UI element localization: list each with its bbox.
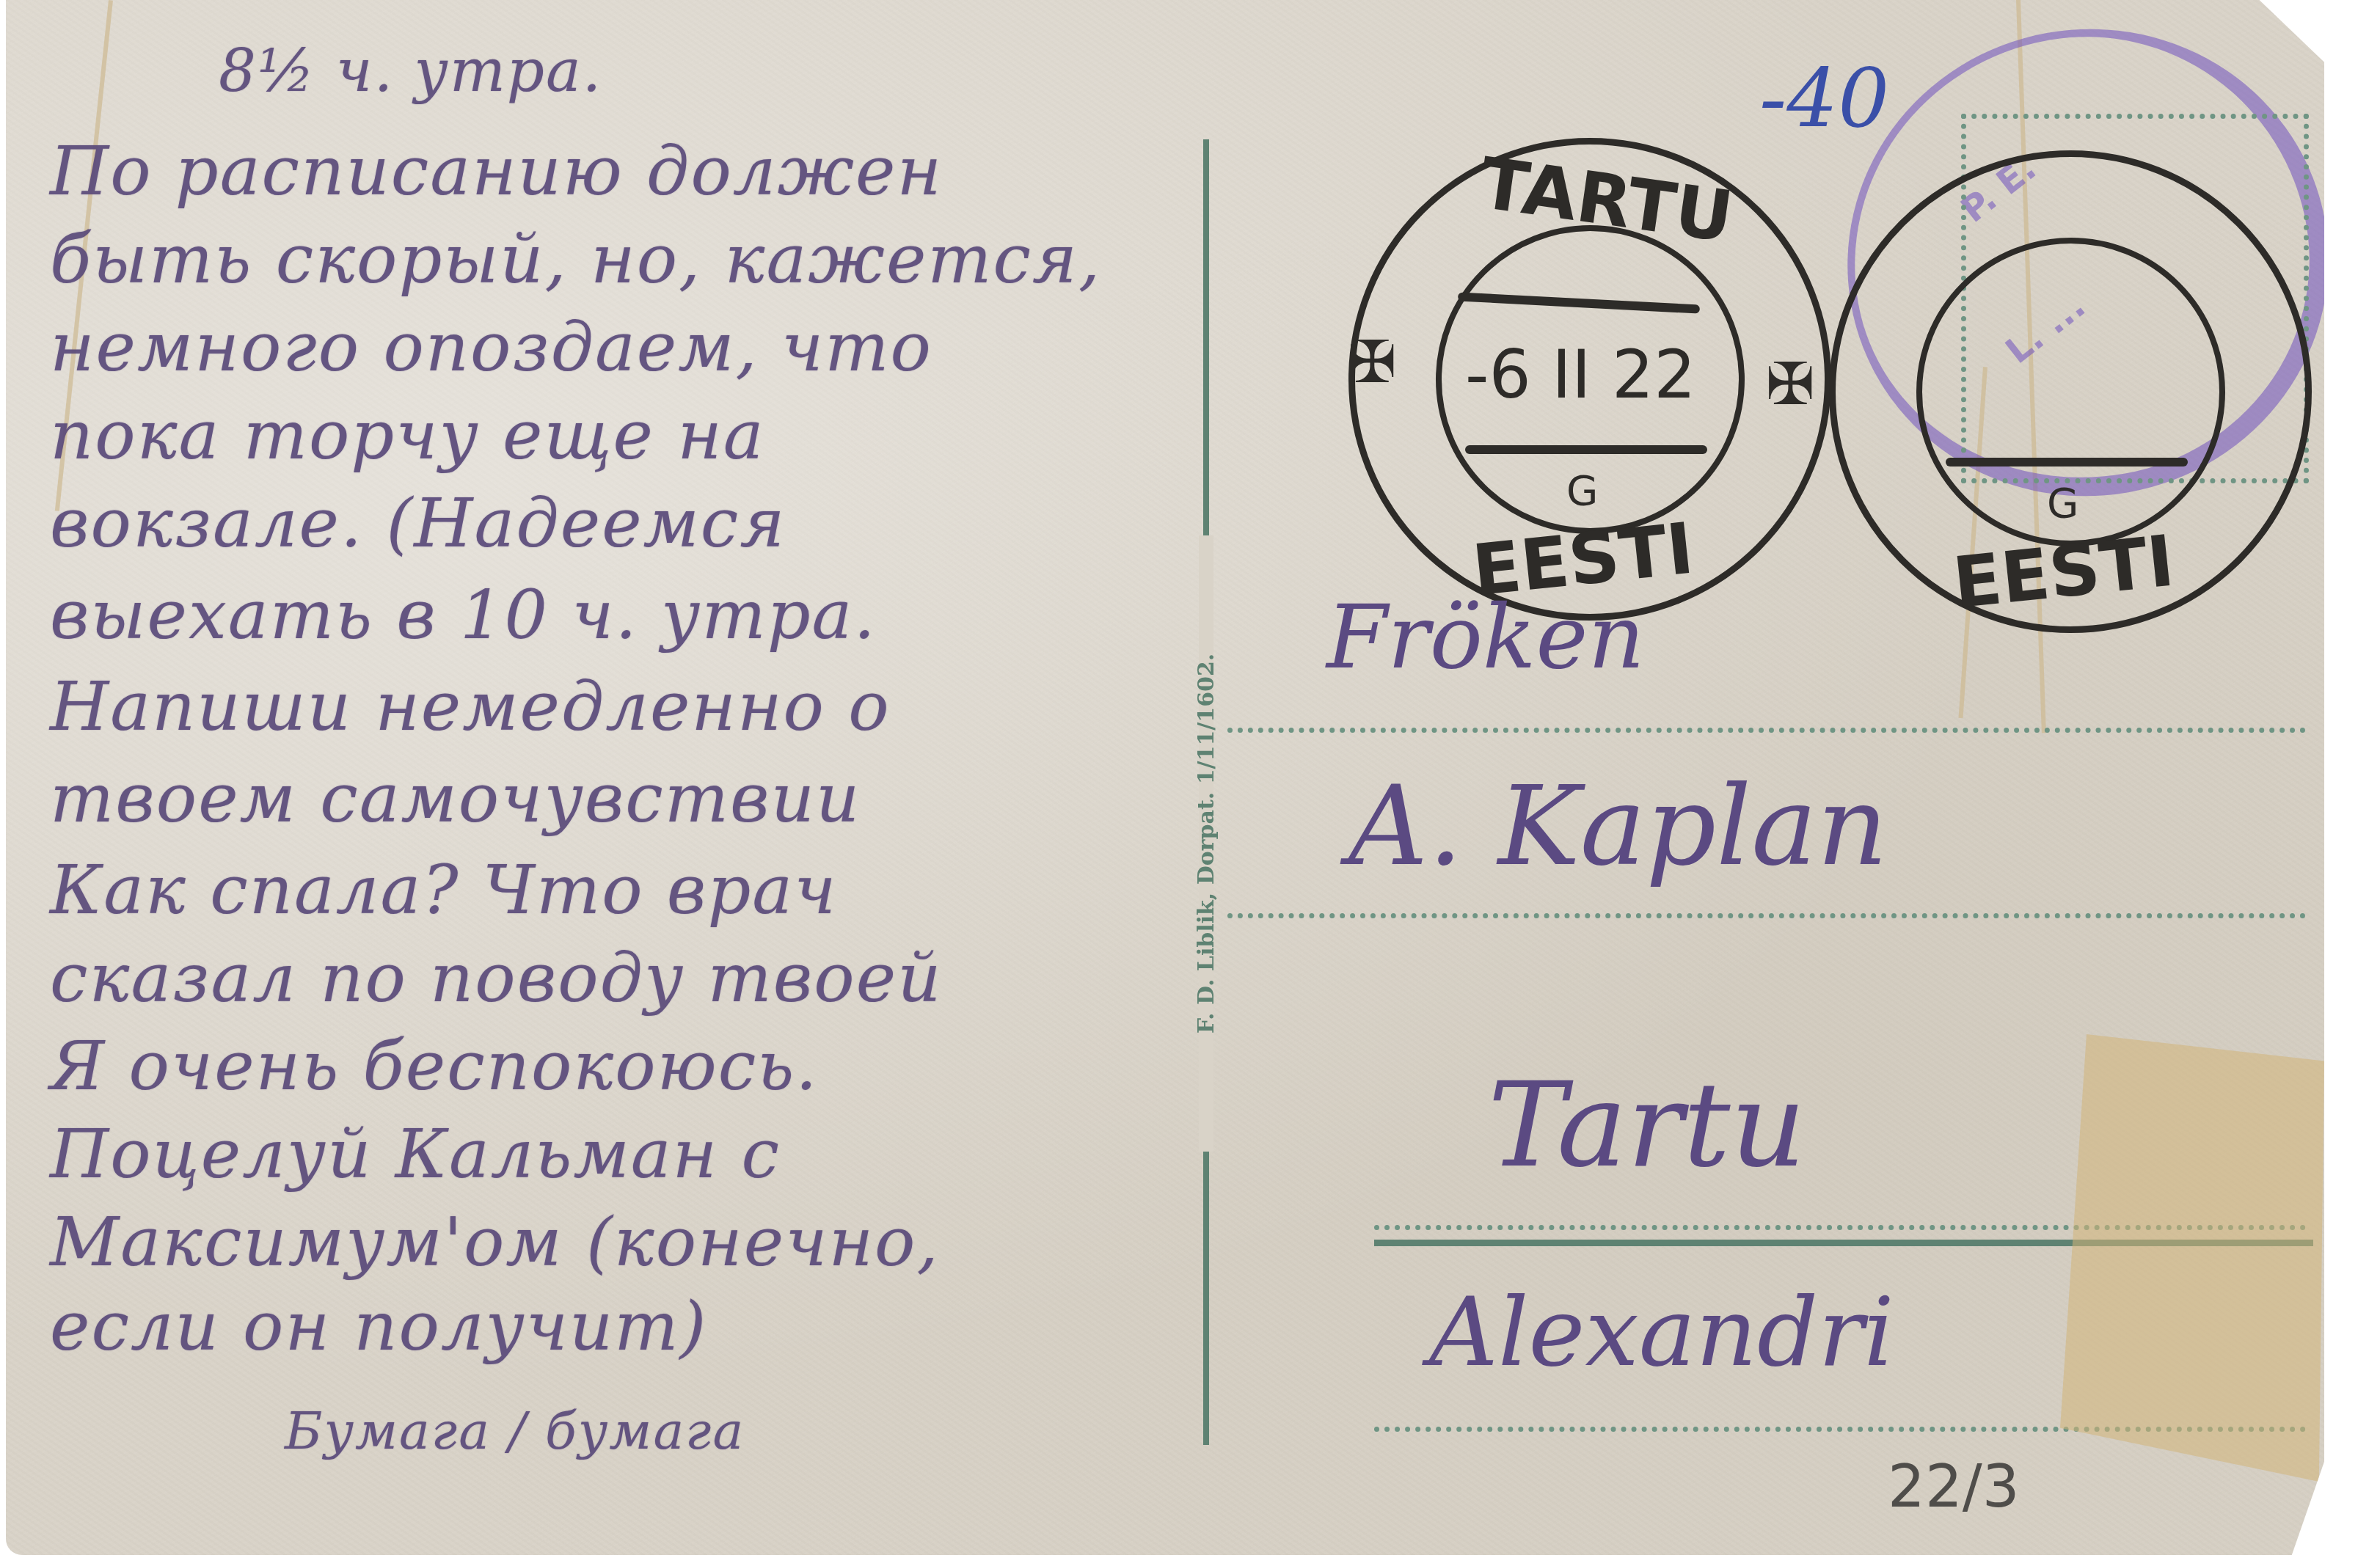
postmark-date: -6 II 22 [1465,337,1696,414]
message-line: вокзале. (Надеемся [50,484,786,563]
publisher-imprint: F. D. Liblik, Dorpat. 1/11/1602. [1194,654,1219,1033]
address-line [1227,728,2306,733]
address-name: A. Kaplan [1348,763,1888,890]
message-line: пока торчу еще на [50,396,765,475]
postmark-country: EESTI [1949,520,2178,625]
postmark-tartu: TARTU -6 II 22 G EESTI ✠ ✠ [1348,138,1831,621]
message-line: Поцелуй Кальман с [50,1115,781,1193]
postmark-second: G EESTI [1829,150,2312,633]
address-salutation: Fröken [1326,587,1645,689]
postmark-code: G [1566,467,1598,515]
message-line: Я очень беспокоюсь. [50,1027,818,1105]
postmark-bar [1946,458,2188,466]
message-line: Как спала? Что врач [50,851,837,929]
postcard-back: 8½ ч. утра. По расписанию должен быть ск… [6,0,2324,1555]
message-line: немного опоздаем, что [50,308,932,387]
maltese-cross-icon: ✠ [1348,328,1397,396]
adhesive-tape [2060,1034,2324,1482]
pencil-note: 22/3 [1888,1452,2020,1521]
message-line: Бумага / бумага [285,1401,745,1461]
blue-price-note: -40 [1759,51,1889,145]
message-line: если он получит) [50,1287,707,1366]
message-line: Напиши немедленно о [50,667,891,746]
address-city: Tartu [1488,1056,1806,1193]
postmark-code: G [2047,480,2078,527]
message-line: По расписанию должен [50,132,943,211]
message-line: сказал по поводу твоей [50,939,942,1017]
message-line: быть скорый, но, кажется, [50,220,1101,299]
postmark-bar [1465,445,1707,454]
message-line: твоем самочувствии [50,759,861,838]
postmark-city: TARTU [1475,142,1738,259]
address-line [1227,913,2306,918]
address-street: Alexandri [1429,1276,1894,1388]
maltese-cross-icon: ✠ [1766,350,1815,418]
message-line: 8½ ч. утра. [219,37,602,105]
message-line: выехать в 10 ч. утра. [50,576,877,654]
message-line: Максимум'ом (конечно, [50,1203,940,1281]
